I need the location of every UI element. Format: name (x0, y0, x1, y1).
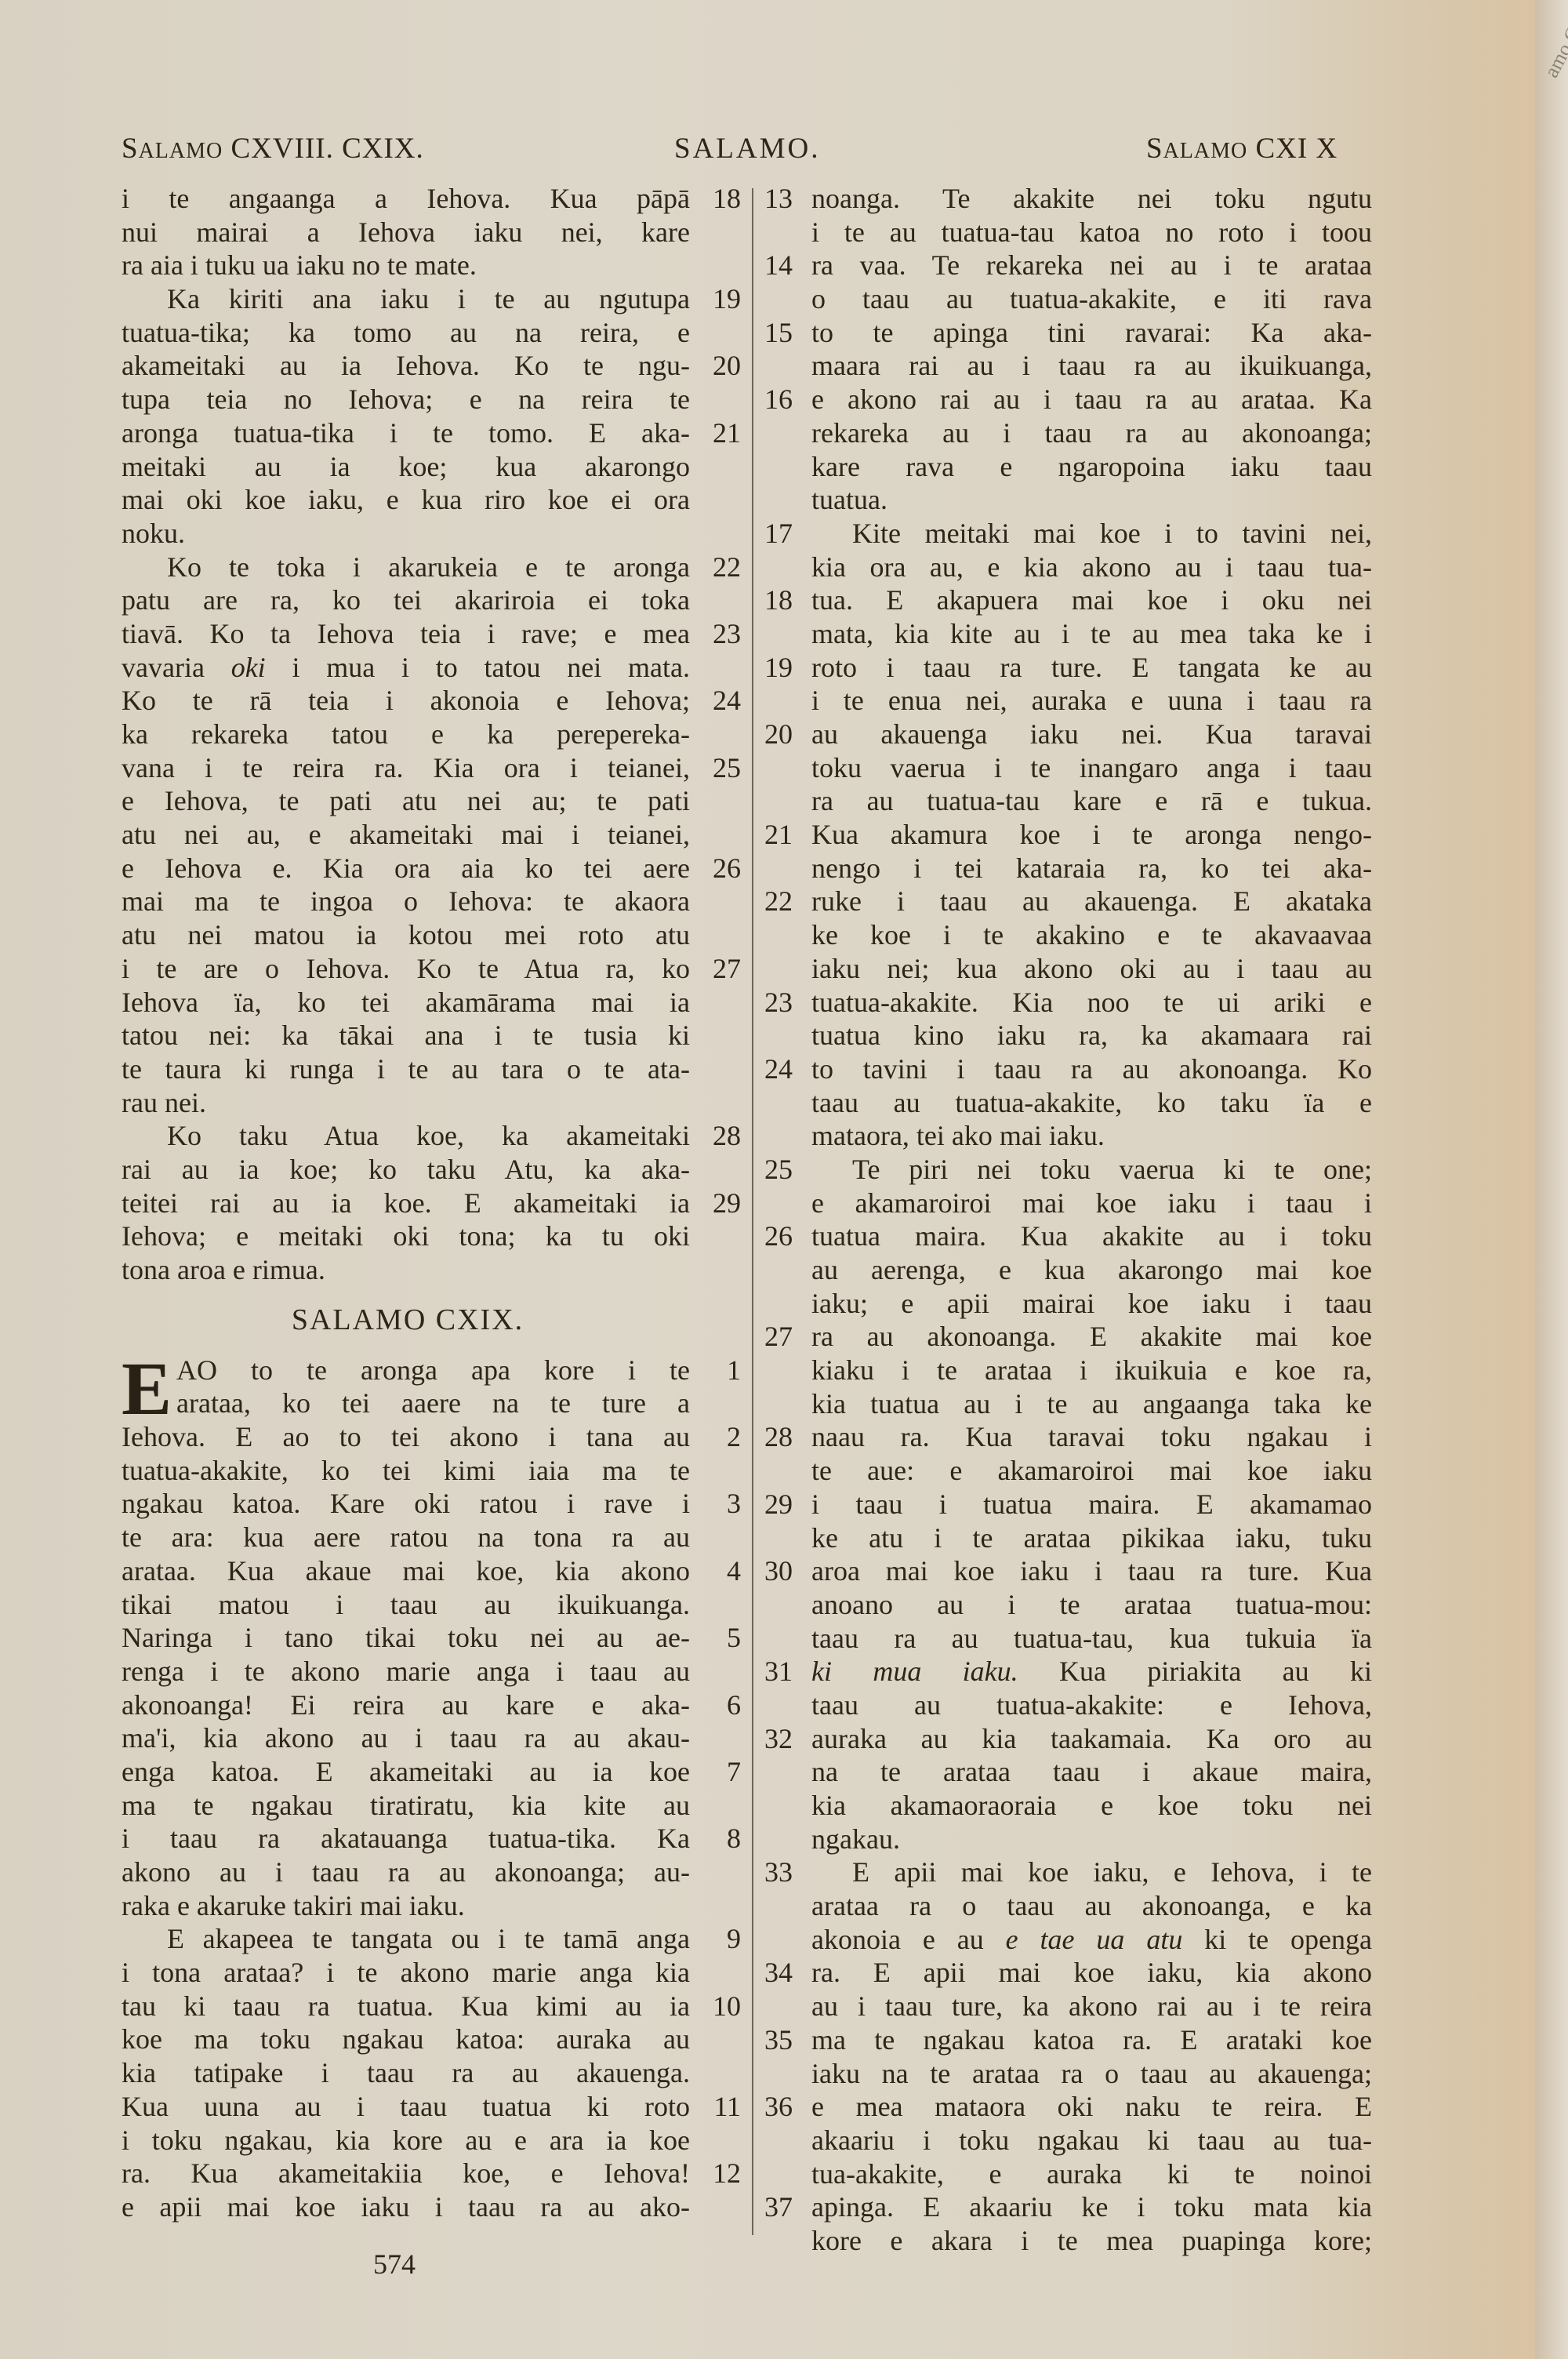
verse-text: noanga. Te akakite nei toku ngutu (811, 182, 1372, 216)
verse-text: taau au tuatua-akakite, ko taku ïa e (811, 1086, 1372, 1120)
verse-number: 19 (698, 282, 741, 316)
verse-text: Ko te rā teia i akonoia e Iehova; (122, 684, 690, 718)
running-head-right-initial: S (1146, 133, 1163, 165)
running-head-left: SALAMO CXVIII. CXIX. (122, 132, 424, 171)
text-line: Iehova; e meitaki oki tona; ka tu oki (122, 1219, 741, 1253)
verse-text: aronga tuatua-tika i te tomo. E aka- (122, 416, 690, 450)
text-line: patu are ra, ko tei akariroia ei toka (122, 583, 741, 617)
verse-text: iaku; e apii mairai koe iaku i taau (811, 1287, 1372, 1321)
verse-text: taau ra au tuatua-tau, kua tukuia ïa (811, 1622, 1372, 1656)
verse-text: teitei rai au ia koe. E akameitaki ia (122, 1187, 690, 1220)
verse-text: kia tuatua au i te au angaanga taka ke (811, 1387, 1372, 1421)
text-line: iaku nei; kua akono oki au i taau au (764, 952, 1392, 986)
verse-text: tuatua-akakite, ko tei kimi iaia ma te (122, 1454, 690, 1488)
verse-number: 26 (698, 852, 741, 885)
verse-text: ma te ngakau tiratiratu, kia kite au (122, 1789, 690, 1823)
verse-text: E akapeea te tangata ou i te tamā anga (167, 1922, 690, 1956)
verse-text: akono au i taau ra au akonoanga; au- (122, 1856, 690, 1889)
text-line: i te are o Iehova. Ko te Atua ra, ko27 (122, 952, 741, 986)
text-line: arataa ra o taau au akonoanga, e ka (764, 1889, 1392, 1923)
verse-number: 21 (764, 818, 804, 852)
verse-text: e akamaroiroi mai koe iaku i taau i (811, 1187, 1372, 1220)
text-line: kia tuatua au i te au angaanga taka ke (764, 1387, 1392, 1421)
verse-text: vavaria oki i mua i to tatou nei mata. (122, 651, 690, 685)
text-line: i te au tuatua-tau katoa no roto i toou (764, 216, 1392, 249)
text-line: 35ma te ngakau katoa ra. E arataki koe (764, 2023, 1392, 2057)
verse-text: Iehova. E ao to tei akono i tana au (122, 1420, 690, 1454)
italic-supplied-word: oki (231, 652, 266, 683)
verse-text: akonoanga! Ei reira au kare e aka- (122, 1688, 690, 1722)
text-line: 30aroa mai koe iaku i taau ra ture. Kua (764, 1554, 1392, 1588)
text-line: ra aia i tuku ua iaku no te mate. (122, 249, 741, 282)
verse-number: 11 (698, 2090, 741, 2124)
text-line: kare rava e ngaropoina iaku taau (764, 450, 1392, 484)
text-line: maara rai au i taau ra au ikuikuanga, (764, 349, 1392, 383)
verse-number: 33 (764, 1856, 804, 1889)
text-line: 28naau ra. Kua taravai toku ngakau i (764, 1420, 1392, 1454)
verse-text: i te are o Iehova. Ko te Atua ra, ko (122, 952, 690, 986)
verse-text: rekareka au i taau ra au akonoanga; (811, 416, 1372, 450)
verse-text: ra. Kua akameitakiia koe, e Iehova! (122, 2157, 690, 2190)
running-head-left-smallcaps: ALAMO (139, 139, 223, 163)
verse-text: roto i taau ra ture. E tangata ke au (811, 651, 1372, 685)
text-line: taau au tuatua-akakite, ko taku ïa e (764, 1086, 1392, 1120)
verse-text: kia akamaoraoraia e koe toku nei (811, 1789, 1372, 1823)
italic-supplied-word: e tae ua atu (1006, 1924, 1183, 1955)
verse-text: i taau i tuatua maira. E akamamao (811, 1488, 1372, 1521)
verse-text: arataa, ko tei aaere na te ture a (176, 1387, 690, 1420)
verse-number: 3 (698, 1487, 741, 1521)
text-line: akonoia e au e tae ua atu ki te openga (764, 1923, 1392, 1957)
verse-text: e akono rai au i taau ra au arataa. Ka (811, 383, 1372, 416)
text-line: e apii mai koe iaku i taau ra au ako- (122, 2190, 741, 2224)
verse-text: Iehova ïa, ko tei akamārama mai ia (122, 986, 690, 1020)
verse-number: 27 (764, 1320, 804, 1354)
verse-number: 26 (764, 1219, 804, 1253)
verse-number: 1 (698, 1354, 741, 1387)
text-line: rai au ia koe; ko taku Atu, ka aka- (122, 1153, 741, 1187)
text-line: mata, kia kite au i te au mea taka ke i (764, 617, 1392, 651)
verse-text: tuatua kino iaku ra, ka akamaara rai (811, 1019, 1372, 1052)
text-line: 31ki mua iaku. Kua piriakita au ki (764, 1655, 1392, 1688)
text-line: 17Kite meitaki mai koe i to tavini nei, (764, 517, 1392, 551)
text-line: i taau ra akatauanga tuatua-tika. Ka8 (122, 1822, 741, 1856)
verse-text: te aue: e akamaroiroi mai koe iaku (811, 1454, 1372, 1488)
verse-number: 19 (764, 651, 804, 685)
verse-text: apinga. E akaariu ke i toku mata kia (811, 2190, 1372, 2224)
text-line: ke atu i te arataa pikikaa iaku, tuku (764, 1521, 1392, 1555)
verse-text: Kite meitaki mai koe i to tavini nei, (852, 517, 1372, 551)
text-line: ra au tuatua-tau kare e rā e tukua. (764, 784, 1392, 818)
text-line: 32auraka au kia taakamaia. Ka oro au (764, 1722, 1392, 1756)
verse-text: i taau ra akatauanga tuatua-tika. Ka (122, 1822, 690, 1856)
verse-number: 18 (698, 182, 741, 216)
text-line: te taura ki runga i te au tara o te ata- (122, 1052, 741, 1086)
text-line: 26tuatua maira. Kua akakite au i toku (764, 1219, 1392, 1253)
text-line: Kua uuna au i taau tuatua ki roto11 (122, 2090, 741, 2124)
verse-text: ruke i taau au akauenga. E akataka (811, 885, 1372, 918)
text-line: i toku ngakau, kia kore au e ara ia koe (122, 2124, 741, 2157)
verse-text: au i taau ture, ka akono rai au i te rei… (811, 1990, 1372, 2023)
text-line: 23tuatua-akakite. Kia noo te ui ariki e (764, 986, 1392, 1020)
verse-text: iaku nei; kua akono oki au i taau au (811, 952, 1372, 986)
text-line: au aerenga, e kua akarongo mai koe (764, 1253, 1392, 1287)
text-line: toku vaerua i te inangaro anga i taau (764, 751, 1392, 785)
verse-number: 21 (698, 416, 741, 450)
running-head-right-chapter: CXI X (1247, 133, 1338, 165)
verse-text: au akauenga iaku nei. Kua taravai (811, 718, 1372, 751)
verse-text: tau ki taau ra tuatua. Kua kimi au ia (122, 1990, 690, 2023)
adjacent-page-edge: amo CXI · maroiroi · akamo · avini nei ·… (1535, 0, 1568, 2359)
verse-text: i toku ngakau, kia kore au e ara ia koe (122, 2124, 690, 2157)
text-line: anoano au i te arataa tuatua-mou: (764, 1588, 1392, 1622)
verse-text: maara rai au i taau ra au ikuikuanga, (811, 349, 1372, 383)
right-text-column: 13noanga. Te akakite nei toku ngutui te … (764, 182, 1392, 2258)
verse-text: kiaku i te arataa i ikuikuia e koe ra, (811, 1354, 1372, 1387)
verse-number: 17 (764, 517, 804, 551)
text-line: nui mairai a Iehova iaku nei, kare (122, 216, 741, 249)
text-line: vana i te reira ra. Kia ora i teianei,25 (122, 751, 741, 785)
verse-text: tuatua-tika; ka tomo au na reira, e (122, 316, 690, 350)
verse-text: akameitaki au ia Iehova. Ko te ngu- (122, 349, 690, 383)
verse-number: 9 (698, 1922, 741, 1956)
verse-text: E apii mai koe iaku, e Iehova, i te (852, 1856, 1372, 1889)
verse-text: e Iehova e. Kia ora aia ko tei aere (122, 852, 690, 885)
verse-text: tona aroa e rimua. (122, 1253, 690, 1287)
verse-text: ra aia i tuku ua iaku no te mate. (122, 249, 690, 282)
text-line: tuatua kino iaku ra, ka akamaara rai (764, 1019, 1392, 1052)
left-text-column: i te angaanga a Iehova. Kua pāpā18nui ma… (122, 182, 741, 2224)
running-head-right-smallcaps: ALAMO (1163, 139, 1248, 163)
text-line: rekareka au i taau ra au akonoanga; (764, 416, 1392, 450)
verse-text: tuatua maira. Kua akakite au i toku (811, 1219, 1372, 1253)
verse-number: 34 (764, 1956, 804, 1990)
text-line: tupa teia no Iehova; e na reira te (122, 383, 741, 416)
verse-text: iaku na te arataa ra o taau au akauenga; (811, 2057, 1372, 2091)
text-line: E akapeea te tangata ou i te tamā anga9 (122, 1922, 741, 1956)
verse-text: i te au tuatua-tau katoa no roto i toou (811, 216, 1372, 249)
verse-number: 8 (698, 1822, 741, 1856)
book-page: SALAMO CXVIII. CXIX. SALAMO. SALAMO CXI … (0, 0, 1535, 2359)
verse-text: koe ma toku ngakau katoa: auraka au (122, 2023, 690, 2056)
verse-text: ki mua iaku. Kua piriakita au ki (811, 1655, 1372, 1688)
verse-number: 36 (764, 2090, 804, 2124)
verse-number: 5 (698, 1621, 741, 1655)
text-line: AO to te aronga apa kore i te1 (122, 1354, 741, 1387)
verse-text: atu nei matou ia kotou mei roto atu (122, 918, 690, 952)
text-line: Naringa i tano tikai toku nei au ae-5 (122, 1621, 741, 1655)
verse-text: mataora, tei ako mai iaku. (811, 1119, 1372, 1153)
text-line: 20au akauenga iaku nei. Kua taravai (764, 718, 1392, 751)
verse-text: tiavā. Ko ta Iehova teia i rave; e mea (122, 617, 690, 651)
verse-text: ra au tuatua-tau kare e rā e tukua. (811, 784, 1372, 818)
verse-text: kia tatipake i taau ra au akauenga. (122, 2056, 690, 2090)
text-line: 27ra au akonoanga. E akakite mai koe (764, 1320, 1392, 1354)
text-line: 33E apii mai koe iaku, e Iehova, i te (764, 1856, 1392, 1889)
verse-text: ngakau. (811, 1823, 1372, 1856)
text-line: ma te ngakau tiratiratu, kia kite au (122, 1789, 741, 1823)
verse-number: 25 (698, 751, 741, 785)
text-line: tuatua-akakite, ko tei kimi iaia ma te (122, 1454, 741, 1488)
verse-number: 10 (698, 1990, 741, 2023)
text-line: 16e akono rai au i taau ra au arataa. Ka (764, 383, 1392, 416)
text-line: taau au tuatua-akakite: e Iehova, (764, 1688, 1392, 1722)
verse-text: ma'i, kia akono au i taau ra au akau- (122, 1721, 690, 1755)
verse-number: 13 (764, 182, 804, 216)
verse-text: e mea mataora oki naku te reira. E (811, 2090, 1372, 2124)
verse-text: kia ora au, e kia akono au i taau tua- (811, 551, 1372, 584)
text-line: ngakau katoa. Kare oki ratou i rave i3 (122, 1487, 741, 1521)
text-line: 29i taau i tuatua maira. E akamamao (764, 1488, 1392, 1521)
verse-number: 23 (764, 986, 804, 1020)
text-line: raka e akaruke takiri mai iaku. (122, 1889, 741, 1923)
verse-text: rau nei. (122, 1086, 690, 1120)
running-head-left-initial: S (122, 133, 139, 165)
text-line: kore e akara i te mea puapinga kore; (764, 2224, 1392, 2258)
verse-number: 28 (698, 1119, 741, 1153)
text-line: na te arataa taau i akaue maira, (764, 1755, 1392, 1789)
page-number: 574 (373, 2248, 416, 2281)
text-line: 22ruke i taau au akauenga. E akataka (764, 885, 1392, 918)
verse-text: aroa mai koe iaku i taau ra ture. Kua (811, 1554, 1372, 1588)
text-line: i te angaanga a Iehova. Kua pāpā18 (122, 182, 741, 216)
text-line: Ko taku Atua koe, ka akameitaki28 (122, 1119, 741, 1153)
text-line: au i taau ture, ka akono rai au i te rei… (764, 1990, 1392, 2023)
verse-text: tuatua-akakite. Kia noo te ui ariki e (811, 986, 1372, 1020)
text-line: 19roto i taau ra ture. E tangata ke au (764, 651, 1392, 685)
psalm-heading: SALAMO CXIX. (122, 1287, 741, 1354)
verse-text: noku. (122, 517, 690, 551)
text-line: koe ma toku ngakau katoa: auraka au (122, 2023, 741, 2056)
text-line: Ko te toka i akarukeia e te aronga22 (122, 551, 741, 584)
text-line: kia akamaoraoraia e koe toku nei (764, 1789, 1392, 1823)
text-line: Iehova. E ao to tei akono i tana au2 (122, 1420, 741, 1454)
running-head-right: SALAMO CXI X (1146, 132, 1338, 171)
verse-number: 16 (764, 383, 804, 416)
verse-number: 30 (764, 1554, 804, 1588)
text-line: vavaria oki i mua i to tatou nei mata. (122, 651, 741, 685)
running-head-book-title: SALAMO. (674, 132, 821, 171)
verse-text: enga katoa. E akameitaki au ia koe (122, 1755, 690, 1789)
text-line: 13noanga. Te akakite nei toku ngutu (764, 182, 1392, 216)
verse-number: 35 (764, 2023, 804, 2057)
text-line: atu nei au, e akameitaki mai i teianei, (122, 818, 741, 852)
verse-text: patu are ra, ko tei akariroia ei toka (122, 583, 690, 617)
text-line: tuatua. (764, 483, 1392, 517)
text-line: kia ora au, e kia akono au i taau tua- (764, 551, 1392, 584)
verse-number: 22 (698, 551, 741, 584)
text-line: noku. (122, 517, 741, 551)
verse-text: kore e akara i te mea puapinga kore; (811, 2224, 1372, 2258)
text-line: 37apinga. E akaariu ke i toku mata kia (764, 2190, 1392, 2224)
verse-text: anoano au i te arataa tuatua-mou: (811, 1588, 1372, 1622)
verse-text: e Iehova, te pati atu nei au; te pati (122, 784, 690, 818)
text-line: mai ma te ingoa o Iehova: te akaora (122, 885, 741, 918)
verse-text: rai au ia koe; ko taku Atu, ka aka- (122, 1153, 690, 1187)
text-line: i tona arataa? i te akono marie anga kia (122, 1956, 741, 1990)
verse-number: 24 (764, 1052, 804, 1086)
verse-number: 7 (698, 1755, 741, 1789)
verse-text: Te piri nei toku vaerua ki te one; (852, 1153, 1372, 1187)
verse-text: vana i te reira ra. Kia ora i teianei, (122, 751, 690, 785)
text-line: tiavā. Ko ta Iehova teia i rave; e mea23 (122, 617, 741, 651)
verse-text: to te apinga tini ravarai: Ka aka- (811, 316, 1372, 350)
verse-text: tupa teia no Iehova; e na reira te (122, 383, 690, 416)
verse-number: 23 (698, 617, 741, 651)
text-line: ngakau. (764, 1823, 1392, 1856)
text-line: ka rekareka tatou e ka perepereka- (122, 718, 741, 751)
verse-number: 31 (764, 1655, 804, 1688)
text-line: arataa. Kua akaue mai koe, kia akono4 (122, 1554, 741, 1588)
verse-text: tikai matou i taau au ikuikuanga. (122, 1588, 690, 1622)
text-line: Iehova ïa, ko tei akamārama mai ia (122, 986, 741, 1020)
verse-text: i te angaanga a Iehova. Kua pāpā (122, 182, 690, 216)
text-line: Ka kiriti ana iaku i te au ngutupa19 (122, 282, 741, 316)
verse-number: 20 (764, 718, 804, 751)
verse-number: 18 (764, 583, 804, 617)
text-line: mataora, tei ako mai iaku. (764, 1119, 1392, 1153)
text-line: mai oki koe iaku, e kua riro koe ei ora (122, 483, 741, 517)
text-line: iaku na te arataa ra o taau au akauenga; (764, 2057, 1392, 2091)
verse-text: arataa. Kua akaue mai koe, kia akono (122, 1554, 690, 1588)
verse-text: Kua uuna au i taau tuatua ki roto (122, 2090, 690, 2124)
text-line: meitaki au ia koe; kua akarongo (122, 450, 741, 484)
verse-text: tatou nei: ka tākai ana i te tusia ki (122, 1019, 690, 1052)
text-line: Ko te rā teia i akonoia e Iehova;24 (122, 684, 741, 718)
verse-text: akonoia e au e tae ua atu ki te openga (811, 1923, 1372, 1957)
verse-number: 29 (764, 1488, 804, 1521)
verse-text: to tavini i taau ra au akonoanga. Ko (811, 1052, 1372, 1086)
verse-number: 4 (698, 1554, 741, 1588)
text-line: akaariu i toku ngakau ki taau au tua- (764, 2124, 1392, 2157)
verse-text: ke koe i te akakino e te akavaavaa (811, 918, 1372, 952)
verse-text: atu nei au, e akameitaki mai i teianei, (122, 818, 690, 852)
text-line: tatou nei: ka tākai ana i te tusia ki (122, 1019, 741, 1052)
verse-text: akaariu i toku ngakau ki taau au tua- (811, 2124, 1372, 2157)
column-divider-rule (752, 188, 753, 2235)
text-line: ke koe i te akakino e te akavaavaa (764, 918, 1392, 952)
verse-text: mai ma te ingoa o Iehova: te akaora (122, 885, 690, 918)
text-line: te ara: kua aere ratou na tona ra au (122, 1521, 741, 1554)
text-line: iaku; e apii mairai koe iaku i taau (764, 1287, 1392, 1321)
adjacent-page-bleed-text: amo CXI · maroiroi · akamo · avini nei ·… (1540, 0, 1568, 82)
text-line: tona aroa e rimua. (122, 1253, 741, 1287)
text-line: i te enua nei, auraka e uuna i taau ra (764, 684, 1392, 718)
text-line: aronga tuatua-tika i te tomo. E aka-21 (122, 416, 741, 450)
verse-text: tuatua. (811, 483, 1372, 517)
text-line: kia tatipake i taau ra au akauenga. (122, 2056, 741, 2090)
verse-text: te taura ki runga i te au tara o te ata- (122, 1052, 690, 1086)
text-line: enga katoa. E akameitaki au ia koe7 (122, 1755, 741, 1789)
text-line: 24to tavini i taau ra au akonoanga. Ko (764, 1052, 1392, 1086)
verse-text: ngakau katoa. Kare oki ratou i rave i (122, 1487, 690, 1521)
verse-text: o taau au tuatua-akakite, e iti rava (811, 282, 1372, 316)
verse-text: i te enua nei, auraka e uuna i taau ra (811, 684, 1372, 718)
verse-text: i tona arataa? i te akono marie anga kia (122, 1956, 690, 1990)
verse-text: ra vaa. Te rekareka nei au i te arataa (811, 249, 1372, 282)
text-line: te aue: e akamaroiroi mai koe iaku (764, 1454, 1392, 1488)
verse-text: au aerenga, e kua akarongo mai koe (811, 1253, 1372, 1287)
text-line: rau nei. (122, 1086, 741, 1120)
text-line: akono au i taau ra au akonoanga; au- (122, 1856, 741, 1889)
verse-text: na te arataa taau i akaue maira, (811, 1755, 1372, 1789)
text-line: atu nei matou ia kotou mei roto atu (122, 918, 741, 952)
verse-text: ra. E apii mai koe iaku, kia akono (811, 1956, 1372, 1990)
verse-text: te ara: kua aere ratou na tona ra au (122, 1521, 690, 1554)
text-line: tau ki taau ra tuatua. Kua kimi au ia10 (122, 1990, 741, 2023)
verse-text: Ko te toka i akarukeia e te aronga (167, 551, 690, 584)
text-line: e akamaroiroi mai koe iaku i taau i (764, 1187, 1392, 1220)
verse-number: 6 (698, 1688, 741, 1722)
verse-number: 29 (698, 1187, 741, 1220)
verse-number: 20 (698, 349, 741, 383)
running-head-left-chapters: CXVIII. CXIX. (223, 133, 424, 165)
verse-text: AO to te aronga apa kore i te (176, 1354, 690, 1387)
text-line: tua-akakite, e auraka ki te noinoi (764, 2157, 1392, 2191)
verse-text: kare rava e ngaropoina iaku taau (811, 450, 1372, 484)
verse-text: taau au tuatua-akakite: e Iehova, (811, 1688, 1372, 1722)
verse-text: ka rekareka tatou e ka perepereka- (122, 718, 690, 751)
text-line: 36e mea mataora oki naku te reira. E (764, 2090, 1392, 2124)
verse-text: nui mairai a Iehova iaku nei, kare (122, 216, 690, 249)
verse-text: toku vaerua i te inangaro anga i taau (811, 751, 1372, 785)
verse-text: meitaki au ia koe; kua akarongo (122, 450, 690, 484)
verse-text: e apii mai koe iaku i taau ra au ako- (122, 2190, 690, 2224)
verse-number: 2 (698, 1420, 741, 1454)
text-line: arataa, ko tei aaere na te ture a (122, 1387, 741, 1420)
verse-text: renga i te akono marie anga i taau au (122, 1655, 690, 1688)
verse-text: nengo i tei kataraia ra, ko tei aka- (811, 852, 1372, 885)
text-line: e Iehova e. Kia ora aia ko tei aere26 (122, 852, 741, 885)
text-line: o taau au tuatua-akakite, e iti rava (764, 282, 1392, 316)
text-line: akonoanga! Ei reira au kare e aka-6 (122, 1688, 741, 1722)
text-line: nengo i tei kataraia ra, ko tei aka- (764, 852, 1392, 885)
verse-text: Kua akamura koe i te aronga nengo- (811, 818, 1372, 852)
verse-text: tua. E akapuera mai koe i oku nei (811, 583, 1372, 617)
verse-text: ma te ngakau katoa ra. E arataki koe (811, 2023, 1372, 2057)
text-line: akameitaki au ia Iehova. Ko te ngu-20 (122, 349, 741, 383)
text-line: 21Kua akamura koe i te aronga nengo- (764, 818, 1392, 852)
verse-number: 27 (698, 952, 741, 986)
verse-text: ra au akonoanga. E akakite mai koe (811, 1320, 1372, 1354)
verse-text: Ka kiriti ana iaku i te au ngutupa (167, 282, 690, 316)
italic-supplied-word: ki mua iaku. (811, 1656, 1018, 1687)
verse-text: naau ra. Kua taravai toku ngakau i (811, 1420, 1372, 1454)
text-line: 18tua. E akapuera mai koe i oku nei (764, 583, 1392, 617)
text-line: 25Te piri nei toku vaerua ki te one; (764, 1153, 1392, 1187)
verse-number: 22 (764, 885, 804, 918)
text-line: taau ra au tuatua-tau, kua tukuia ïa (764, 1622, 1392, 1656)
text-line: ra. Kua akameitakiia koe, e Iehova!12 (122, 2157, 741, 2190)
text-line: renga i te akono marie anga i taau au (122, 1655, 741, 1688)
text-line: 34ra. E apii mai koe iaku, kia akono (764, 1956, 1392, 1990)
text-line: kiaku i te arataa i ikuikuia e koe ra, (764, 1354, 1392, 1387)
verse-text: arataa ra o taau au akonoanga, e ka (811, 1889, 1372, 1923)
verse-text: tua-akakite, e auraka ki te noinoi (811, 2157, 1372, 2191)
verse-text: Naringa i tano tikai toku nei au ae- (122, 1621, 690, 1655)
psalm-119-opening: EAO to te aronga apa kore i te1arataa, k… (122, 1354, 741, 2224)
text-line: teitei rai au ia koe. E akameitaki ia29 (122, 1187, 741, 1220)
verse-text: auraka au kia taakamaia. Ka oro au (811, 1722, 1372, 1756)
text-line: e Iehova, te pati atu nei au; te pati (122, 784, 741, 818)
text-line: tikai matou i taau au ikuikuanga. (122, 1588, 741, 1622)
verse-text: raka e akaruke takiri mai iaku. (122, 1889, 690, 1923)
verse-text: Ko taku Atua koe, ka akameitaki (167, 1119, 690, 1153)
verse-number: 32 (764, 1722, 804, 1756)
verse-number: 12 (698, 2157, 741, 2190)
verse-number: 37 (764, 2190, 804, 2224)
verse-text: mata, kia kite au i te au mea taka ke i (811, 617, 1372, 651)
